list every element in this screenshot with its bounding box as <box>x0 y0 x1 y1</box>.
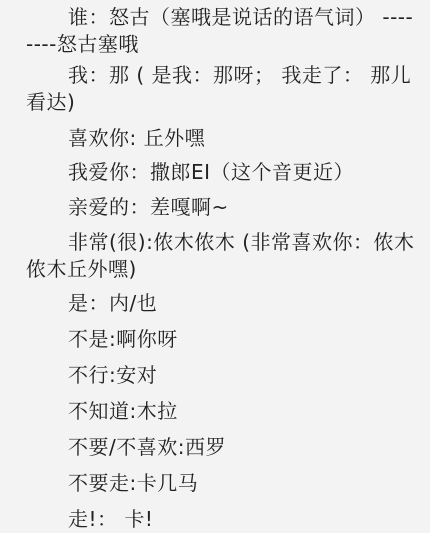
line-dear: 亲爱的：差嘎啊~ <box>26 194 416 221</box>
line-very: 非常(很):侬木侬木 (非常喜欢你：侬木侬木丘外嘿) <box>26 229 416 283</box>
phrase-document: 谁：怒古（塞哦是说话的语气词） --------怒古塞哦 我：那 ( 是我：那呀… <box>0 0 430 533</box>
line-me: 我：那 ( 是我：那呀； 我走了： 那儿看达) <box>26 62 416 116</box>
line-dont-know: 不知道:木拉 <box>26 398 416 425</box>
line-who: 谁：怒古（塞哦是说话的语气词） --------怒古塞哦 <box>26 4 416 58</box>
line-text: 走!： 卡! <box>68 507 153 531</box>
line-text: 不行:安对 <box>68 363 157 387</box>
line-text: 喜欢你: 丘外嘿 <box>68 126 205 150</box>
line-text: 谁：怒古（塞哦是说话的语气词） --------怒古塞哦 <box>26 5 413 56</box>
line-text: 不是:啊你呀 <box>68 327 178 351</box>
line-text: 不知道:木拉 <box>68 399 178 423</box>
line-text: 非常(很):侬木侬木 (非常喜欢你：侬木侬木丘外嘿) <box>26 230 415 281</box>
line-text: 我爱你：撒郎EI（这个音更近） <box>68 160 354 184</box>
line-go: 走!： 卡! <box>26 506 416 533</box>
line-like-you: 喜欢你: 丘外嘿 <box>26 125 416 152</box>
line-no: 不是:啊你呀 <box>26 326 416 353</box>
line-text: 亲爱的：差嘎啊~ <box>68 195 229 219</box>
line-dont-want: 不要/不喜欢:西罗 <box>26 434 416 461</box>
line-yes: 是：内/也 <box>26 290 416 317</box>
line-text: 不要/不喜欢:西罗 <box>68 435 226 459</box>
line-text: 是：内/也 <box>68 291 157 315</box>
line-dont-go: 不要走:卡几马 <box>26 470 416 497</box>
line-love-you: 我爱你：撒郎EI（这个音更近） <box>26 159 416 186</box>
line-text: 我：那 ( 是我：那呀； 我走了： 那儿看达) <box>26 63 411 114</box>
line-text: 不要走:卡几马 <box>68 471 198 495</box>
line-not-ok: 不行:安对 <box>26 362 416 389</box>
